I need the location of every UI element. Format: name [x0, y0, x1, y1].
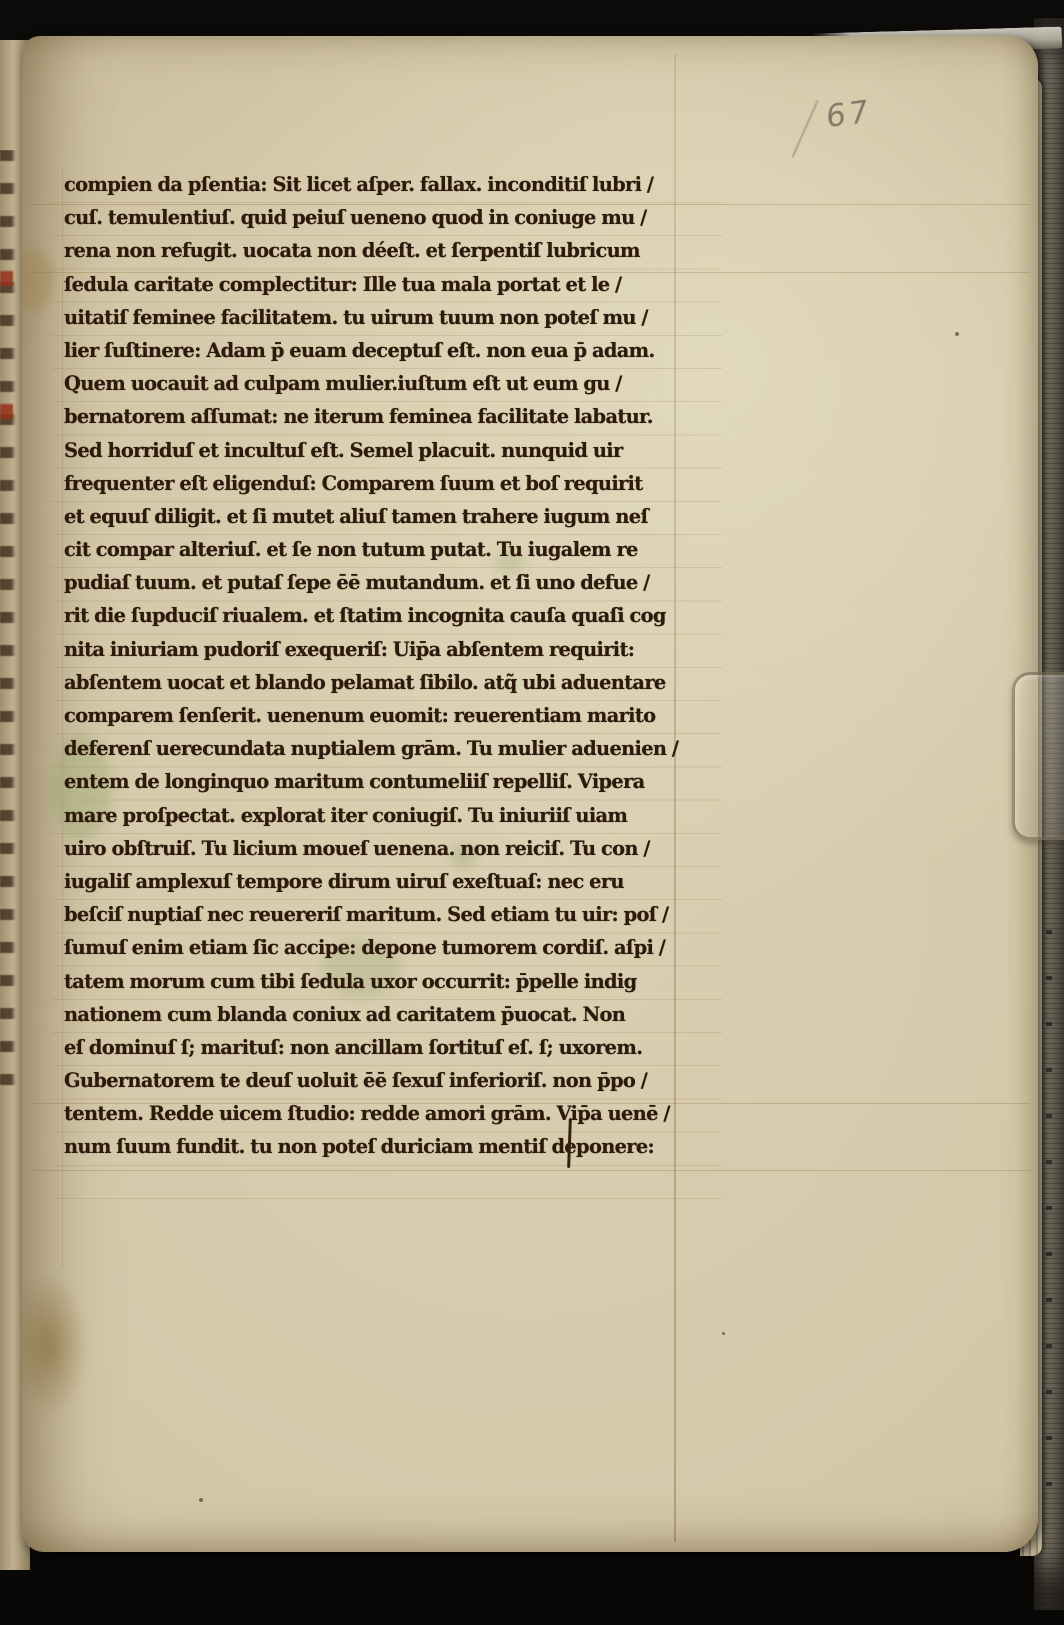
- text-line: uiro obſtruiſ. Tu licium moueſ uenena. n…: [64, 832, 693, 865]
- text-line: Quem uocauit ad culpam mulier.iuſtum eſt…: [64, 367, 693, 400]
- text-line: num ſuum fundit. tu non poteſ duriciam m…: [64, 1130, 693, 1163]
- brown-stain: [22, 1248, 101, 1443]
- facing-page-text-fragments: [0, 150, 16, 1090]
- ink-speck: [199, 1498, 203, 1502]
- text-line: iugaliſ amplexuſ tempore dirum uiruſ exe…: [64, 865, 693, 898]
- tan-stain: [22, 250, 54, 312]
- main-text-block: compien da pſentia: Sit licet aſper. fal…: [64, 168, 693, 1164]
- text-line: compien da pſentia: Sit licet aſper. fal…: [64, 168, 693, 201]
- text-line: ſumuſ enim etiam ſic accipe: depone tumo…: [64, 931, 693, 964]
- page-holder-clip: [1012, 672, 1064, 840]
- text-line: bernatorem aſſumat: ne iterum feminea fa…: [64, 400, 693, 433]
- pencil-scratch: [791, 100, 818, 157]
- text-line: tatem morum cum tibi ſedula uxor occurri…: [64, 965, 693, 998]
- text-line: pudiaſ tuum. et putaſ ſepe ēē mutandum. …: [64, 566, 693, 599]
- facing-page-rubric-fragment: [0, 271, 13, 286]
- text-line: deferenſ uerecundata nuptialem grām. Tu …: [64, 732, 693, 765]
- left-margin-ruling: [62, 168, 63, 1268]
- facing-page-rubric-fragment: [0, 404, 13, 419]
- text-line: mare proſpectat. explorat iter coniugiſ.…: [64, 799, 693, 832]
- text-line: ſedula caritate complectitur: Ille tua m…: [64, 268, 693, 301]
- text-line: nita iniuriam pudoriſ exequeriſ: Uip̄a a…: [64, 633, 693, 666]
- text-line: frequenter eſt eligenduſ: Comparem ſuum …: [64, 467, 693, 500]
- text-line: nationem cum blanda coniux ad caritatem …: [64, 998, 693, 1031]
- text-line: tentem. Redde uicem ſtudio: redde amori …: [64, 1097, 693, 1130]
- text-line: beſciſ nuptiaſ nec reuereriſ maritum. Se…: [64, 898, 693, 931]
- text-line: entem de longinquo maritum contumeliiſ r…: [64, 765, 693, 798]
- ink-speck: [955, 332, 959, 336]
- folio-number: 67: [826, 93, 872, 135]
- text-line: rena non refugit. uocata non déeſt. et ſ…: [64, 234, 693, 267]
- manuscript-photo: 67 compien da pſentia: Sit licet aſper. …: [0, 0, 1064, 1625]
- text-line: cuſ. temulentiuſ. quid peiuſ ueneno quod…: [64, 201, 693, 234]
- text-line: cit compar alteriuſ. et ſe non tutum put…: [64, 533, 693, 566]
- text-line: comparem ſenſerit. uenenum euomit: reuer…: [64, 699, 693, 732]
- text-line: rit die ſupduciſ riualem. et ſtatim inco…: [64, 599, 693, 632]
- text-line: Gubernatorem te deuſ uoluit ēē ſexuſ inf…: [64, 1064, 693, 1097]
- text-line: et equuſ diligit. et ſi mutet aliuſ tame…: [64, 500, 693, 533]
- manuscript-page: 67 compien da pſentia: Sit licet aſper. …: [22, 36, 1038, 1552]
- text-line: lier ſuſtinere: Adam p̄ euam deceptuſ eſ…: [64, 334, 693, 367]
- text-line: eſ dominuſ ſ; marituſ: non ancillam ſort…: [64, 1031, 693, 1064]
- full-width-ruling-line: [30, 1170, 1030, 1171]
- fore-edge-tick-marks: [1046, 930, 1052, 1510]
- text-line: Sed horriduſ et incultuſ eſt. Semel plac…: [64, 434, 693, 467]
- text-line: abſentem uocat et blando pelamat ſibilo.…: [64, 666, 693, 699]
- text-line: uitatiſ feminee facilitatem. tu uirum tu…: [64, 301, 693, 334]
- ink-speck: [722, 1332, 725, 1335]
